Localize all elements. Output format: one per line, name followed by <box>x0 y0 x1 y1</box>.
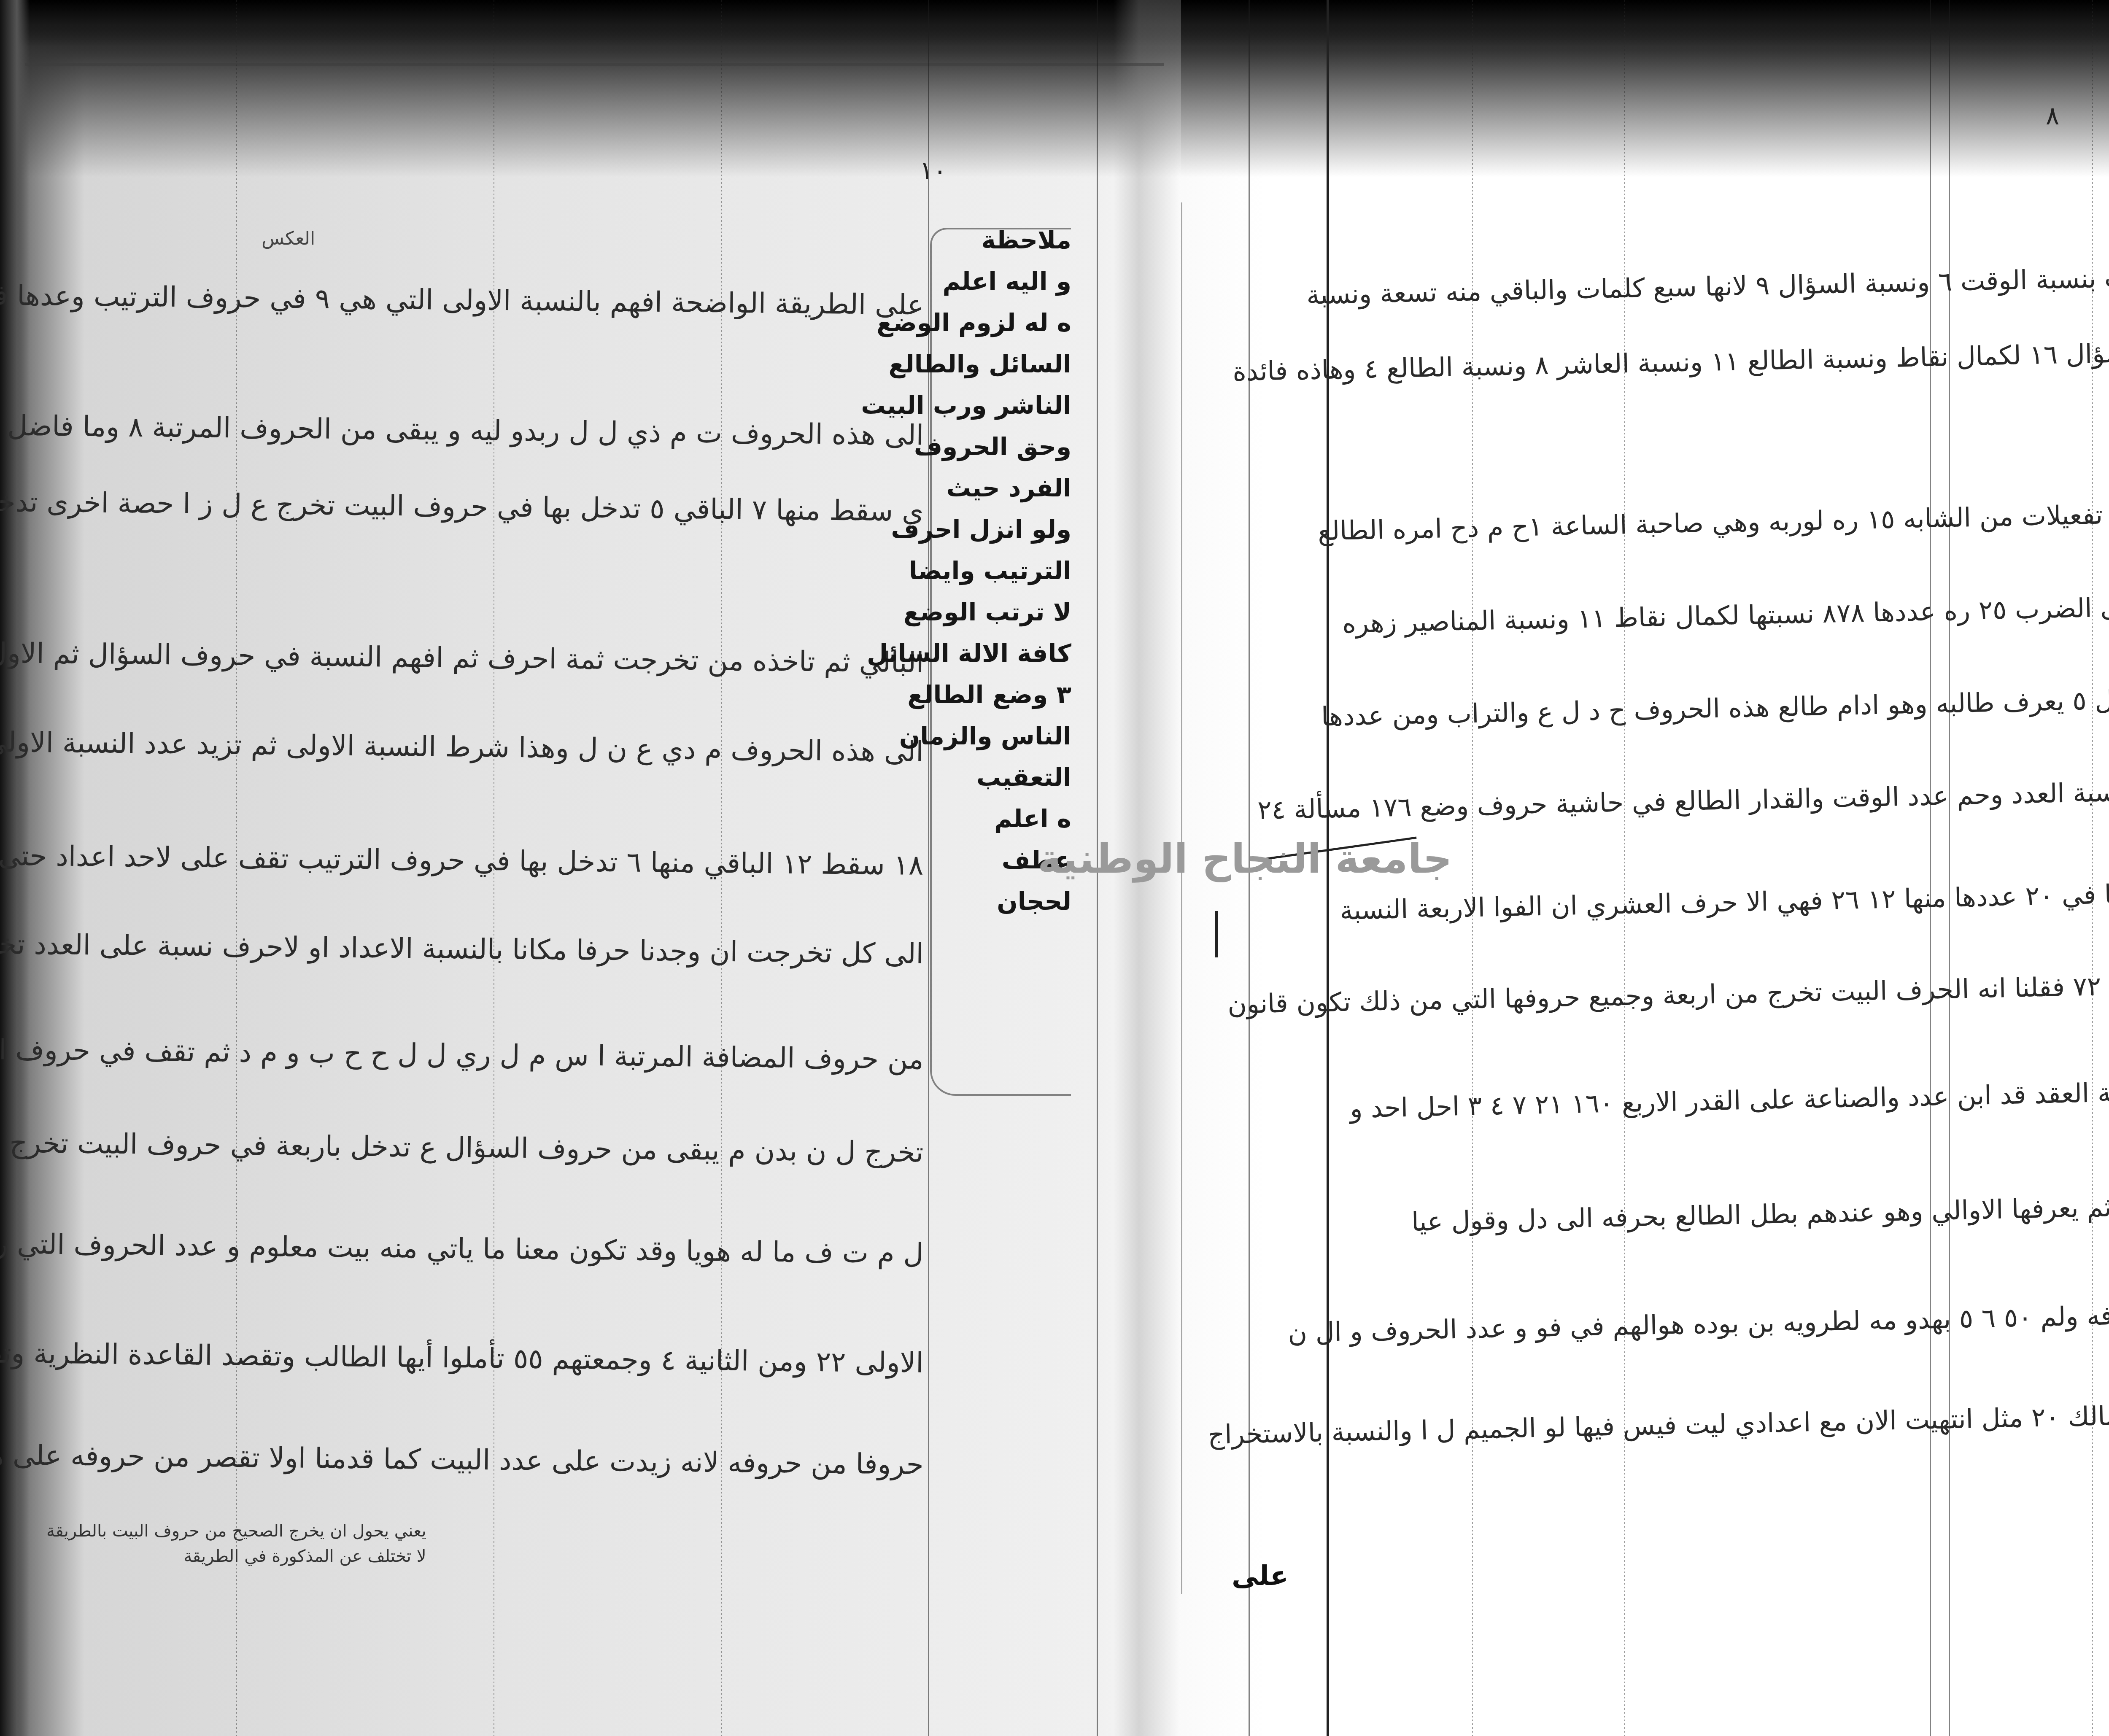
margin-note-line: ه اعلم <box>936 798 1071 839</box>
left-line: الى هذه الحروف ت م ذي ل ل ربدو ليه و يبق… <box>0 408 924 452</box>
right-page: ١٢ الموقت بنسبة الوقت ٦ ونسبة السؤال ٩ ل… <box>1181 169 2109 1603</box>
left-line: من حروف المضافة المرتبة ا س م ل ري ل ل ح… <box>0 1032 924 1076</box>
footnote-line: يعني يحول ان يخرج الصحيح من حروف البيت ب… <box>46 1518 426 1544</box>
margin-note-line: ٣ وضع الطالع <box>936 674 1071 715</box>
margin-note: ملاحظة و اليه اعلم ه له لزوم الوضع السائ… <box>936 219 1071 922</box>
left-line: الى كل تخرجت ان وجدنا حرفا مكانا بالنسبة… <box>0 927 924 970</box>
left-line: على الطريقة الواضحة افهم بالنسبة الاولى … <box>0 276 924 321</box>
margin-note-line: كافة الالة السائل <box>936 633 1071 674</box>
right-line: ٤٥ تفعل نسبة العدد وحم عدد الوقت والقدار… <box>1257 774 2109 825</box>
margin-note-line: الناشر ورب البيت <box>936 385 1071 426</box>
margin-note-line: السائل والطالع <box>936 343 1071 385</box>
left-line: البالي ثم تاخذه من تخرجت ثمة احرف ثم افه… <box>0 636 924 679</box>
right-line: ا حكام السالك ٢٠ مثل انتهيت الان مع اعدا… <box>1207 1398 2109 1450</box>
watermark: جامعة النجاح الوطنية <box>1038 835 1452 882</box>
page-top-rule <box>25 63 1164 66</box>
right-page-number: ٨ <box>2046 101 2059 131</box>
left-line: ١٨ سقط ١٢ الباقي منها ٦ تدخل بها في حروف… <box>0 838 924 881</box>
left-line: ل م ت ف ما له هويا وقد تكون معنا ما ياتي… <box>0 1226 924 1270</box>
margin-note-line: ملاحظة <box>936 219 1071 261</box>
right-line: عن تركيب تفعيلات من الشابه ١٥ ره لوربه و… <box>1318 497 2109 547</box>
right-line: البيت بنسبة العقد قد ابن عدد والصناعة عل… <box>1349 1075 2109 1124</box>
right-line: الطالع ١٥ ثم يعرفها الاوالي وهو عندهم بط… <box>1411 1189 2109 1237</box>
margin-note-line: التعقيب <box>936 757 1071 798</box>
margin-note-line: و اليه اعلم <box>936 261 1071 302</box>
margin-note-line: الناس والزمان <box>936 715 1071 757</box>
left-line: ي سقط منها ٧ الباقي ٥ تدخل بها في حروف ا… <box>0 483 924 528</box>
left-line: تخرج ل ن بدن م يبقى من حروف السؤال ع تدخ… <box>0 1124 924 1169</box>
margin-note-line: لا ترتب الوضع <box>936 591 1071 633</box>
ink-mark <box>1215 911 1218 957</box>
footnote-line: لا تختلف عن المذكورة في الطريقة <box>46 1544 426 1569</box>
margin-note-line: لحجان <box>936 881 1071 922</box>
right-line: ودول حقها ٧٢ فقلنا انه الحرف البيت تخرج … <box>1227 968 2109 1019</box>
margin-note-line: الترتيب وايضا <box>936 550 1071 591</box>
right-line: فانه حضاها في ٢٠ عددها منها ١٢ ٢٦ فهي ال… <box>1339 876 2109 926</box>
left-line: الى هذه الحروف م دي ع ن ل وهذا شرط النسب… <box>0 724 924 768</box>
margin-note-line: وحق الحروف <box>936 426 1071 467</box>
scan-top-shadow <box>0 0 2109 46</box>
right-line: ليخرجه الى الضرب ٢٥ ره عددها ٨٧٨ نسبتها … <box>1342 590 2109 639</box>
left-line: حروفا من حروفه لانه زيدت على عدد البيت ك… <box>0 1437 924 1481</box>
right-line: الاحل وحرفه ولم ٥٠ ٦ ٥ بهدو مه لطرويه بن… <box>1287 1298 2109 1348</box>
right-line: الطالع ٤ دل ٥ يعرف طالبه وهو ادام طالع ه… <box>1321 682 2109 732</box>
right-line: ١٢ الموقت بنسبة الوقت ٦ ونسبة السؤال ٩ ل… <box>1306 260 2109 310</box>
margin-note-line: ه له لزوم الوضع <box>936 302 1071 343</box>
catchword: على <box>1232 1561 1289 1592</box>
margin-note-line: الفرد حيث <box>936 467 1071 509</box>
left-page: على الطريقة الواضحة افهم بالنسبة الاولى … <box>38 160 924 1636</box>
margin-rule <box>928 0 929 1736</box>
left-footnote: يعني يحول ان يخرج الصحيح من حروف البيت ب… <box>46 1518 426 1569</box>
left-line: الاولى ٢٢ ومن الثانية ٤ وجمعتهم ٥٥ تأملو… <box>0 1336 924 1379</box>
margin-note-line: ولو انزل احرف <box>936 509 1071 550</box>
right-line: حروف السؤال ١٦ لكمال نقاط ونسبة الطالع ١… <box>1232 335 2109 387</box>
